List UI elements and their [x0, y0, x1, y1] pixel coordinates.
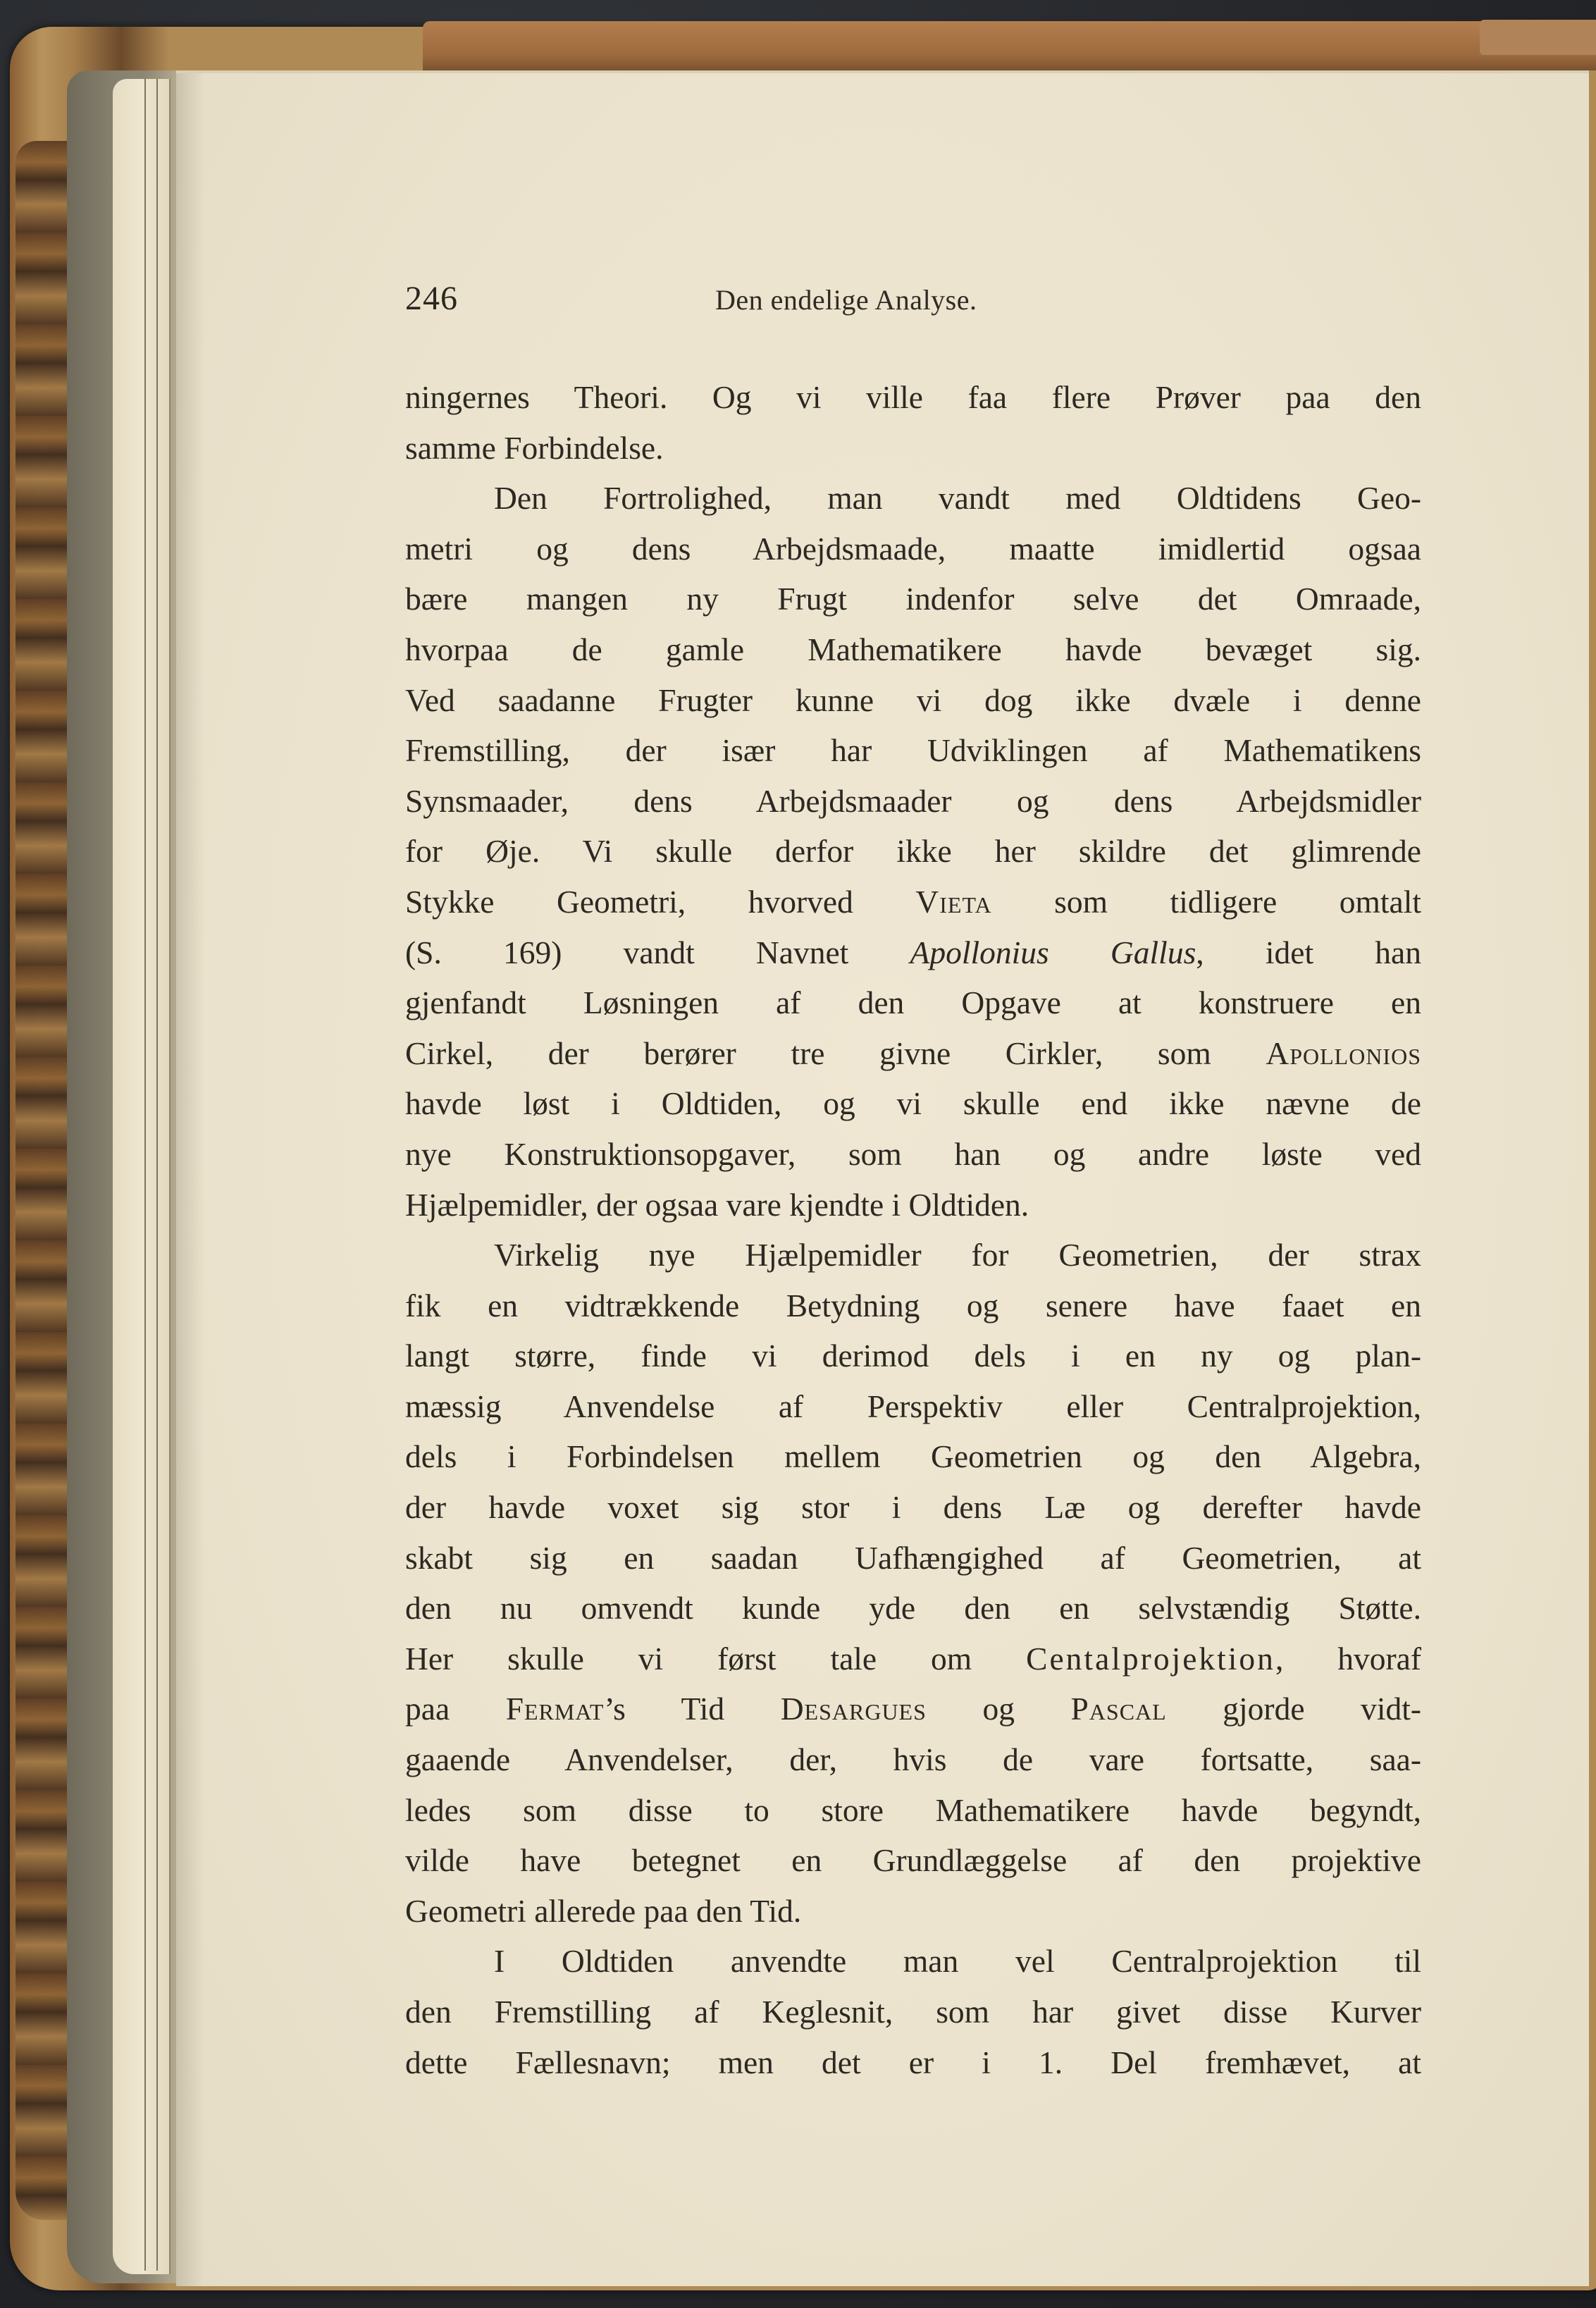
- text-run: paa: [405, 1691, 506, 1727]
- text-run: den nu omvendt kunde yde den en selvstæn…: [405, 1590, 1421, 1626]
- text-run: Cirkel, der berører tre givne Cirkler, s…: [405, 1035, 1266, 1071]
- small-caps-name: Apollonios: [1266, 1035, 1421, 1071]
- text-line: fik en vidtrækkende Betydning og senere …: [405, 1280, 1421, 1331]
- text-line: Fremstilling, der især har Udviklingen a…: [405, 725, 1421, 776]
- text-line: mæssig Anvendelse af Perspektiv eller Ce…: [405, 1381, 1421, 1432]
- text-line: paa Fermat’s Tid Desargues og Pascal gjo…: [405, 1684, 1421, 1734]
- text-run: den Fremstilling af Keglesnit, som har g…: [405, 1994, 1421, 2030]
- page-edge-line: [156, 79, 158, 2271]
- text-line: dels i Forbindelsen mellem Geometrien og…: [405, 1431, 1421, 1482]
- text-run: hvorpaa de gamle Mathematikere havde bev…: [405, 631, 1421, 667]
- text-run: Her skulle vi først tale om: [405, 1641, 1026, 1677]
- text-line: der havde voxet sig stor i dens Læ og de…: [405, 1482, 1421, 1533]
- small-caps-name: Vieta: [915, 884, 991, 920]
- text-run: dette Fællesnavn; men det er i 1. Del fr…: [405, 2044, 1421, 2080]
- text-run: (S. 169) vandt Navnet: [405, 934, 910, 970]
- text-line: Stykke Geometri, hvorved Vieta som tidli…: [405, 877, 1421, 927]
- book-cover-top-edge: [423, 21, 1596, 70]
- text-line: nye Konstruktionsopgaver, som han og and…: [405, 1129, 1421, 1180]
- text-run: og: [927, 1691, 1071, 1727]
- text-run: I Oldtiden anvendte man vel Centralproje…: [494, 1943, 1421, 1979]
- text-run: gaaende Anvendelser, der, hvis de vare f…: [405, 1741, 1421, 1777]
- text-run: Fremstilling, der især har Udviklingen a…: [405, 732, 1421, 768]
- text-run: nye Konstruktionsopgaver, som han og and…: [405, 1136, 1421, 1172]
- small-caps-name: Desargues: [781, 1691, 927, 1727]
- text-run: for Øje. Vi skulle derfor ikke her skild…: [405, 833, 1421, 869]
- text-run: ’s Tid: [604, 1691, 780, 1727]
- text-run: Hjælpemidler, der ogsaa vare kjendte i O…: [405, 1187, 1029, 1223]
- page-edge-line: [144, 79, 146, 2271]
- text-line: ledes som disse to store Mathematikere h…: [405, 1785, 1421, 1836]
- text-line: I Oldtiden anvendte man vel Centralproje…: [405, 1936, 1421, 1987]
- small-caps-name: Fermat: [506, 1691, 605, 1727]
- text-run: langt større, finde vi derimod dels i en…: [405, 1338, 1421, 1374]
- text-line: Den Fortrolighed, man vandt med Oldtiden…: [405, 473, 1421, 524]
- running-head: 246 Den endelige Analyse.: [405, 279, 1420, 321]
- text-line: dette Fællesnavn; men det er i 1. Del fr…: [405, 2037, 1421, 2088]
- page-block-edge-light: [113, 79, 171, 2274]
- text-line: Hjælpemidler, der ogsaa vare kjendte i O…: [405, 1180, 1421, 1230]
- text-run: ledes som disse to store Mathematikere h…: [405, 1792, 1421, 1828]
- italic-term: Apollonius Gallus: [910, 934, 1196, 970]
- text-run: Stykke Geometri, hvorved: [405, 884, 915, 920]
- text-line: vilde have betegnet en Grundlæggelse af …: [405, 1835, 1421, 1886]
- text-run: Ved saadanne Frugter kunne vi dog ikke d…: [405, 682, 1421, 718]
- text-run: Virkelig nye Hjælpemidler for Geometrien…: [494, 1237, 1421, 1273]
- text-run: fik en vidtrækkende Betydning og senere …: [405, 1288, 1421, 1323]
- text-run: gjorde vidt-: [1167, 1691, 1421, 1727]
- text-line: Cirkel, der berører tre givne Cirkler, s…: [405, 1028, 1421, 1079]
- text-run: havde løst i Oldtiden, og vi skulle end …: [405, 1085, 1421, 1121]
- text-line: ningernes Theori. Og vi ville faa flere …: [405, 372, 1421, 423]
- text-line: Synsmaader, dens Arbejdsmaader og dens A…: [405, 776, 1421, 827]
- gutter-shadow: [176, 73, 204, 2286]
- text-line: (S. 169) vandt Navnet Apollonius Gallus,…: [405, 927, 1421, 978]
- text-run: som tidligere omtalt: [992, 884, 1421, 920]
- text-line: for Øje. Vi skulle derfor ikke her skild…: [405, 826, 1421, 877]
- text-run: samme Forbindelse.: [405, 430, 663, 466]
- text-run: , hvoraf: [1275, 1641, 1421, 1677]
- text-run: ningernes Theori. Og vi ville faa flere …: [405, 379, 1421, 415]
- text-line: den nu omvendt kunde yde den en selvstæn…: [405, 1583, 1421, 1634]
- text-line: gaaende Anvendelser, der, hvis de vare f…: [405, 1734, 1421, 1785]
- text-line: bære mangen ny Frugt indenfor selve det …: [405, 574, 1421, 624]
- text-line: skabt sig en saadan Uafhængighed af Geom…: [405, 1533, 1421, 1584]
- text-line: havde løst i Oldtiden, og vi skulle end …: [405, 1078, 1421, 1129]
- text-run: skabt sig en saadan Uafhængighed af Geom…: [405, 1540, 1421, 1576]
- running-title: Den endelige Analyse.: [715, 283, 977, 316]
- page-number: 246: [405, 279, 458, 318]
- text-line: metri og dens Arbejdsmaade, maatte imidl…: [405, 524, 1421, 574]
- text-line: den Fremstilling af Keglesnit, som har g…: [405, 1987, 1421, 2037]
- text-line: langt større, finde vi derimod dels i en…: [405, 1331, 1421, 1381]
- text-run: Den Fortrolighed, man vandt med Oldtiden…: [494, 480, 1421, 516]
- text-line: Her skulle vi først tale om Centalprojek…: [405, 1634, 1421, 1684]
- text-run: metri og dens Arbejdsmaade, maatte imidl…: [405, 531, 1421, 567]
- book-spine-marbling: [16, 141, 68, 2220]
- text-run: mæssig Anvendelse af Perspektiv eller Ce…: [405, 1388, 1421, 1424]
- text-line: Virkelig nye Hjælpemidler for Geometrien…: [405, 1230, 1421, 1280]
- text-run: gjenfandt Løsningen af den Opgave at kon…: [405, 985, 1421, 1020]
- text-line: samme Forbindelse.: [405, 423, 1421, 474]
- text-run: Synsmaader, dens Arbejdsmaader og dens A…: [405, 783, 1421, 819]
- text-run: , idet han: [1196, 934, 1421, 970]
- text-run: vilde have betegnet en Grundlæggelse af …: [405, 1842, 1421, 1878]
- emphasized-term: Centalprojektion: [1026, 1641, 1275, 1677]
- text-run: Geometri allerede paa den Tid.: [405, 1893, 801, 1929]
- text-line: gjenfandt Løsningen af den Opgave at kon…: [405, 977, 1421, 1028]
- text-line: Ved saadanne Frugter kunne vi dog ikke d…: [405, 675, 1421, 726]
- small-caps-name: Pascal: [1071, 1691, 1167, 1727]
- book-page: 246 Den endelige Analyse. ningernes Theo…: [176, 70, 1589, 2286]
- text-line: hvorpaa de gamle Mathematikere havde bev…: [405, 624, 1421, 675]
- body-text: ningernes Theori. Og vi ville faa flere …: [405, 372, 1421, 2087]
- text-line: Geometri allerede paa den Tid.: [405, 1886, 1421, 1937]
- book-cover-top-edge-right: [1480, 20, 1596, 55]
- text-run: dels i Forbindelsen mellem Geometrien og…: [405, 1438, 1421, 1474]
- text-run: der havde voxet sig stor i dens Læ og de…: [405, 1489, 1421, 1525]
- text-run: bære mangen ny Frugt indenfor selve det …: [405, 581, 1421, 617]
